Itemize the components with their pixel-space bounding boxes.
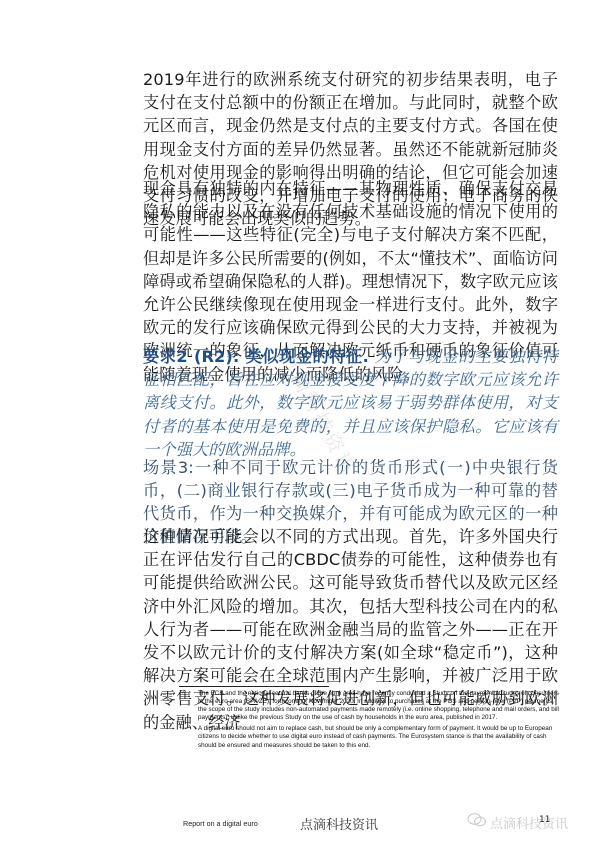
footnotes: 13 The ECB and the national central bank… bbox=[179, 690, 564, 753]
footnote-number: 14 bbox=[179, 723, 184, 731]
footer-wechat-watermark: 点滴科技资讯 bbox=[467, 812, 568, 832]
watermark-text: 点滴科技资讯 bbox=[490, 813, 568, 832]
footnote-number: 13 bbox=[179, 688, 184, 696]
footnote-text: A digital euro should not aim to replace… bbox=[198, 725, 552, 748]
footer-report-title: Report on a digital euro bbox=[183, 819, 258, 828]
wechat-icon bbox=[467, 812, 487, 832]
footer-source-label: 点滴科技资讯 bbox=[300, 814, 378, 833]
document-page: 2019年进行的欧洲系统支付研究的初步结果表明，电子支付在支付总额中的份额正在增… bbox=[0, 0, 600, 849]
footnote-divider bbox=[179, 686, 329, 687]
page-number: 11 bbox=[539, 815, 550, 825]
footnote-text: The ECB and the national central banks o… bbox=[198, 690, 559, 721]
footnote-13: 13 The ECB and the national central bank… bbox=[179, 690, 564, 722]
footnote-14: 14 A digital euro should not aim to repl… bbox=[179, 725, 564, 749]
requirement-title: 要求2 (R2): 类似现金的特征. bbox=[143, 347, 369, 366]
